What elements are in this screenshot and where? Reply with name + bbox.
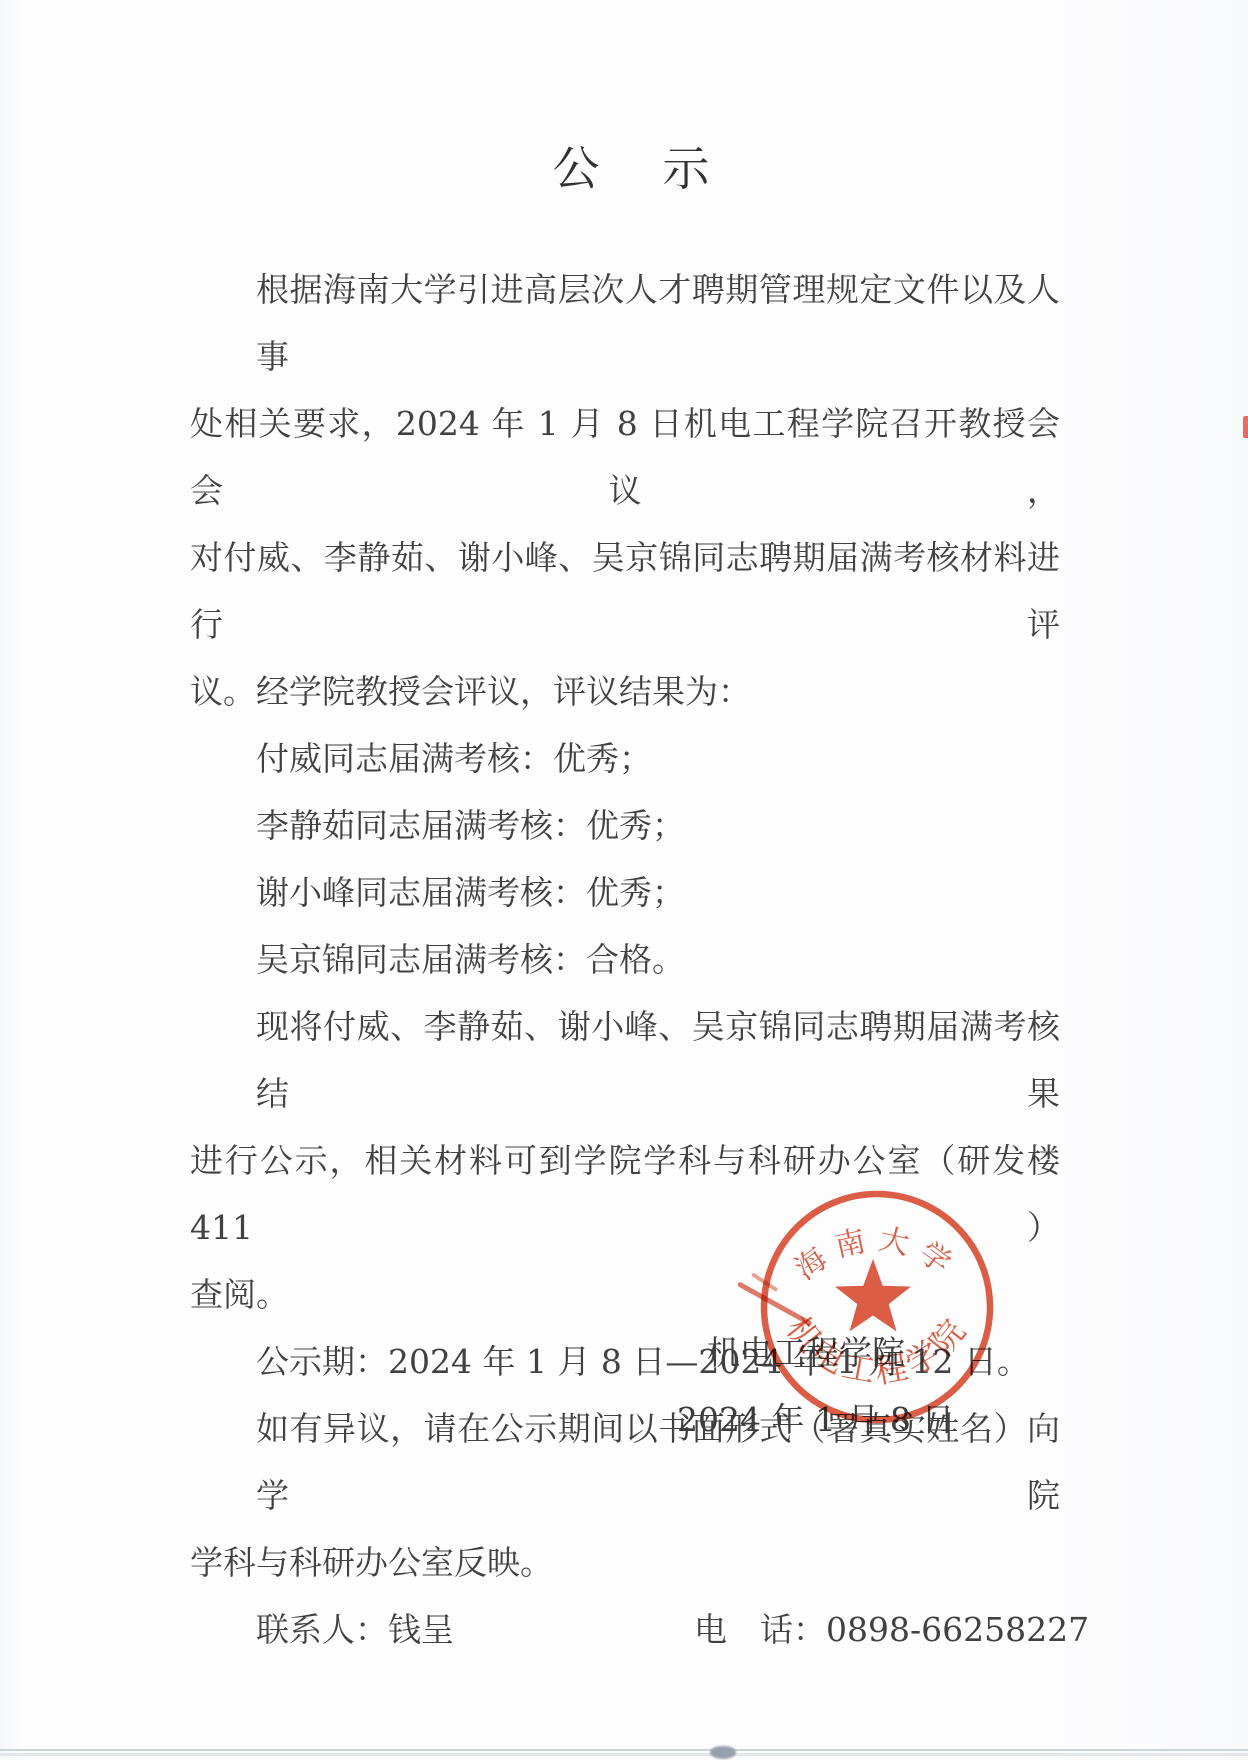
body-line: 议。经学院教授会评议，评议结果为： xyxy=(190,658,1060,725)
assessment-result-line: 谢小峰同志届满考核：优秀； xyxy=(190,859,1060,926)
scan-edge-line xyxy=(0,1753,1248,1756)
scan-edge-line xyxy=(0,1749,1248,1751)
body-line: 处相关要求，2024 年 1 月 8 日机电工程学院召开教授会会议， xyxy=(190,390,1060,524)
document-page: 公 示 根据海南大学引进高层次人才聘期管理规定文件以及人事 处相关要求，2024… xyxy=(0,0,1248,1760)
contact-person: 联系人：钱呈 xyxy=(256,1610,454,1649)
notice-title: 公 示 xyxy=(11,140,1248,200)
body-line: 学科与科研办公室反映。 xyxy=(190,1529,1060,1596)
scan-blob xyxy=(710,1746,736,1759)
body-line: 现将付威、李静茹、谢小峰、吴京锦同志聘期届满考核结果 xyxy=(190,993,1060,1127)
assessment-result-line: 李静茹同志届满考核：优秀； xyxy=(190,792,1060,859)
body-line: 对付威、李静茹、谢小峰、吴京锦同志聘期届满考核材料进行评 xyxy=(190,524,1060,658)
seal-star-icon xyxy=(835,1259,911,1331)
body-line: 根据海南大学引进高层次人才聘期管理规定文件以及人事 xyxy=(190,256,1060,390)
official-seal: 海南大学 机电工程学院 xyxy=(757,1187,997,1427)
contact-line: 联系人：钱呈电 话：0898-66258227 xyxy=(190,1596,1060,1663)
red-edge-mark xyxy=(1243,416,1248,438)
assessment-result-line: 付威同志届满考核：优秀； xyxy=(190,725,1060,792)
contact-phone: 电 话：0898-66258227 xyxy=(694,1610,1089,1649)
assessment-result-line: 吴京锦同志届满考核：合格。 xyxy=(190,926,1060,993)
notice-body: 根据海南大学引进高层次人才聘期管理规定文件以及人事 处相关要求，2024 年 1… xyxy=(190,256,1060,1663)
